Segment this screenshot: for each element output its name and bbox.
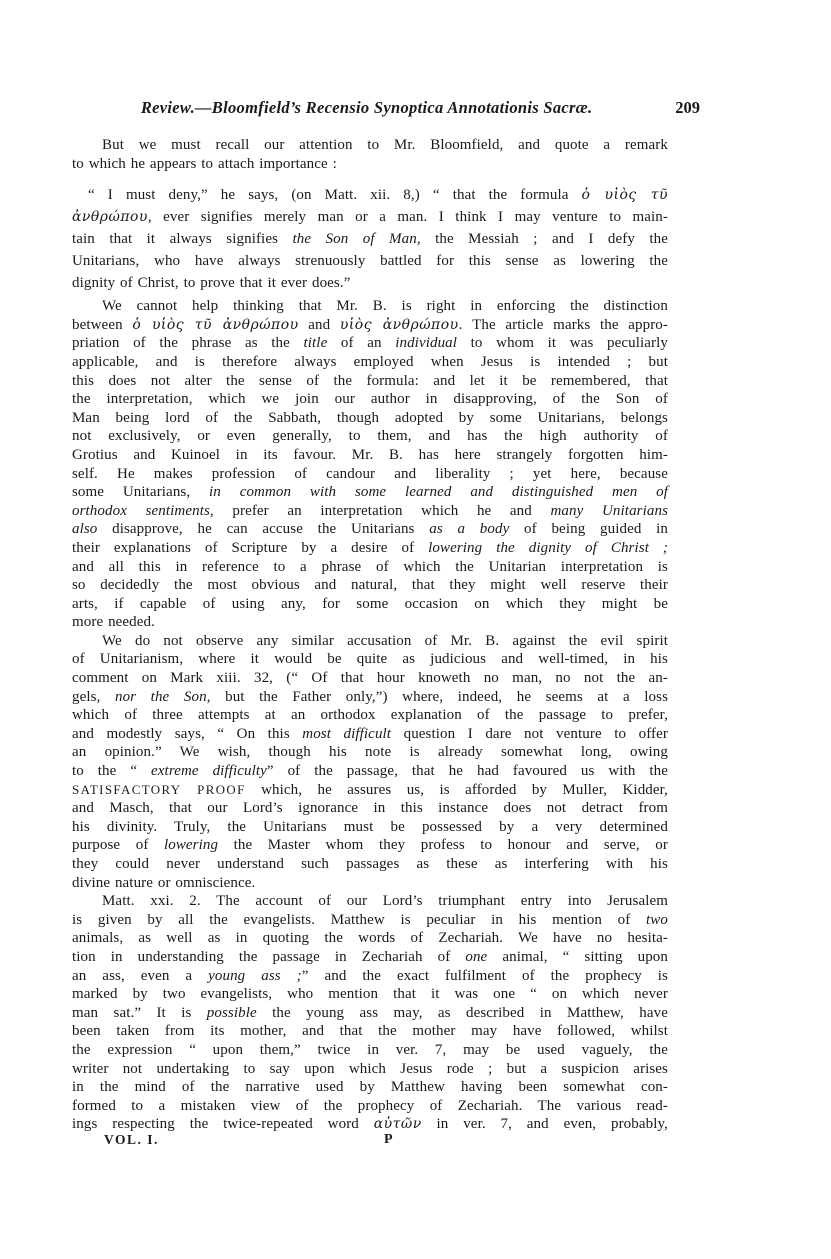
page-number: 209	[675, 98, 700, 118]
text-line: Unitarians, who have always strenuously …	[72, 250, 668, 272]
body-text: so decidedly the most obvious and natura…	[72, 577, 668, 593]
text-line: orthodox sentiments, prefer an interpret…	[72, 502, 668, 521]
body-text: , but the Father only,”) where, indeed, …	[207, 689, 668, 705]
emphasis-text: title	[304, 335, 328, 351]
emphasis-text: young ass ;	[208, 968, 302, 984]
body-text: But we must recall our attention to Mr. …	[102, 137, 668, 153]
running-head-title: Review.—Bloomfield’s Recensio Synoptica …	[72, 98, 661, 118]
body-text: the interpretation, which we join our au…	[72, 391, 668, 407]
text-line: their explanations of Scripture by a des…	[72, 539, 668, 558]
body-text: to the “	[72, 763, 151, 779]
body-text: the expression “ upon them,” twice in ve…	[72, 1042, 668, 1058]
emphasis-text: two	[646, 912, 668, 928]
article-body: But we must recall our attention to Mr. …	[72, 136, 668, 1134]
body-text: an opinion.” We wish, though his note is…	[72, 744, 668, 760]
body-text: We do not observe any similar accusation…	[102, 633, 668, 649]
emphasis-text: orthodox sentiments	[72, 503, 210, 519]
text-line: between ὁ υἱὸς τῦ ἀνθρώπου and υἱὸς ἀνθρ…	[72, 316, 668, 335]
text-line: comment on Mark xiii. 32, (“ Of that hou…	[72, 669, 668, 688]
emphasis-text: the Son of Man	[292, 231, 416, 247]
text-line: been taken from its mother, and that the…	[72, 1022, 668, 1041]
page-footer: VOL. I. P	[72, 1132, 668, 1154]
body-text: the young ass may, as described in Matth…	[257, 1005, 668, 1021]
text-line: We do not observe any similar accusation…	[72, 632, 668, 651]
body-text: and	[299, 317, 340, 333]
body-text: arts, if capable of using any, for some …	[72, 596, 668, 612]
text-line: formed to a mistaken view of the prophec…	[72, 1097, 668, 1116]
emphasis-text: most difficult	[302, 726, 391, 742]
body-text: disapprove, he can accuse the Unitarians	[97, 521, 429, 537]
text-line: and Masch, that our Lord’s ignorance in …	[72, 799, 668, 818]
paragraph: We cannot help thinking that Mr. B. is r…	[72, 297, 668, 632]
body-text: which of three attempts at an orthodox e…	[72, 707, 668, 723]
text-line: the interpretation, which we join our au…	[72, 390, 668, 409]
body-text: formed to a mistaken view of the prophec…	[72, 1098, 668, 1114]
text-line: applicable, and is therefore always empl…	[72, 353, 668, 372]
paragraph: Matt. xxi. 2. The account of our Lord’s …	[72, 892, 668, 1134]
body-text: and Masch, that our Lord’s ignorance in …	[72, 800, 668, 816]
body-text: more needed.	[72, 614, 155, 630]
body-text: marked by two evangelists, who mention t…	[72, 986, 668, 1002]
text-line: of Unitarianism, where it would be quite…	[72, 650, 668, 669]
running-head: Review.—Bloomfield’s Recensio Synoptica …	[72, 98, 700, 118]
text-line: to which he appears to attach importance…	[72, 155, 668, 174]
text-line: tain that it always signifies the Son of…	[72, 228, 668, 250]
body-text: Unitarians, who have always strenuously …	[72, 253, 668, 269]
body-text: self. He makes profession of candour and…	[72, 466, 668, 482]
text-line: priation of the phrase as the title of a…	[72, 334, 668, 353]
body-text: some Unitarians,	[72, 484, 209, 500]
emphasis-text: nor the Son	[115, 689, 207, 705]
text-line: the expression “ upon them,” twice in ve…	[72, 1041, 668, 1060]
emphasis-text: possible	[207, 1005, 257, 1021]
emphasis-text: extreme difficulty	[151, 763, 267, 779]
text-line: and modestly says, “ On this most diffic…	[72, 725, 668, 744]
body-text: tain that it always signifies	[72, 231, 292, 247]
small-caps-text: SATISFACTORY PROOF	[72, 783, 246, 797]
text-line: We cannot help thinking that Mr. B. is r…	[72, 297, 668, 316]
body-text: man sat.” It is	[72, 1005, 207, 1021]
body-text: the Master whom they profess to honour a…	[218, 837, 668, 853]
text-line: Man being lord of the Sabbath, though ad…	[72, 409, 668, 428]
body-text: ings respecting the twice-repeated word	[72, 1116, 374, 1132]
text-line: tion in understanding the passage in Zec…	[72, 948, 668, 967]
text-line: an opinion.” We wish, though his note is…	[72, 743, 668, 762]
text-line: an ass, even a young ass ;” and the exac…	[72, 967, 668, 986]
body-text: Man being lord of the Sabbath, though ad…	[72, 410, 668, 426]
body-text: animals, as well as in quoting the words…	[72, 930, 668, 946]
body-text: in ver. 7, and even, probably,	[422, 1116, 668, 1132]
body-text: of Unitarianism, where it would be quite…	[72, 651, 668, 667]
text-line: his divinity. Truly, the Unitarians must…	[72, 818, 668, 837]
body-text: in the mind of the narrative used by Mat…	[72, 1079, 668, 1095]
body-text: We cannot help thinking that Mr. B. is r…	[102, 298, 668, 314]
quote-block: “ I must deny,” he says, (on Matt. xii. …	[72, 184, 668, 294]
body-text: ” and the exact fulfilment of the prophe…	[302, 968, 668, 984]
text-line: arts, if capable of using any, for some …	[72, 595, 668, 614]
text-line: dignity of Christ, to prove that it ever…	[72, 272, 668, 294]
text-line: animals, as well as in quoting the words…	[72, 929, 668, 948]
body-text: ” of the passage, that he had favoured u…	[267, 763, 668, 779]
body-text: of an	[327, 335, 395, 351]
body-text: their explanations of Scripture by a des…	[72, 540, 428, 556]
body-text: . The article marks the appro-	[459, 317, 668, 333]
emphasis-text: one	[465, 949, 487, 965]
body-text: between	[72, 317, 132, 333]
scanned-book-page: Review.—Bloomfield’s Recensio Synoptica …	[0, 0, 831, 1259]
emphasis-text: lowering the dignity of Christ ;	[428, 540, 668, 556]
text-line: not exclusively, or even generally, to t…	[72, 427, 668, 446]
greek-phrase: υἱὸς ἀνθρώπου	[340, 317, 459, 333]
greek-phrase: ὁ υἱὸς τῦ ἀνθρώπου	[132, 317, 298, 333]
body-text: his divinity. Truly, the Unitarians must…	[72, 819, 668, 835]
text-line: some Unitarians, in common with some lea…	[72, 483, 668, 502]
greek-phrase: ἀνθρώπου	[72, 209, 148, 225]
text-line: to the “ extreme difficulty” of the pass…	[72, 762, 668, 781]
text-line: writer not undertaking to say upon which…	[72, 1060, 668, 1079]
text-line: SATISFACTORY PROOF which, he assures us,…	[72, 781, 668, 800]
body-text: dignity of Christ, to prove that it ever…	[72, 275, 350, 291]
text-line: self. He makes profession of candour and…	[72, 465, 668, 484]
emphasis-text: in common with some learned and distingu…	[209, 484, 668, 500]
greek-phrase: ὁ υἱὸς τῦ	[582, 187, 668, 203]
text-line: purpose of lowering the Master whom they…	[72, 836, 668, 855]
body-text: and modestly says, “ On this	[72, 726, 302, 742]
emphasis-text: many Unitarians	[551, 503, 669, 519]
text-line: Grotius and Kuinoel in its favour. Mr. B…	[72, 446, 668, 465]
greek-phrase: αὐτῶν	[374, 1116, 422, 1132]
text-line: divine nature or omniscience.	[72, 874, 668, 893]
body-text: animal, “ sitting upon	[487, 949, 668, 965]
paragraph: We do not observe any similar accusation…	[72, 632, 668, 892]
text-line: also disapprove, he can accuse the Unita…	[72, 520, 668, 539]
body-text: to whom it was peculiarly	[457, 335, 668, 351]
body-text: writer not undertaking to say upon which…	[72, 1061, 668, 1077]
body-text: is given by all the evangelists. Matthew…	[72, 912, 646, 928]
emphasis-text: also	[72, 521, 97, 537]
body-text: , ever signifies merely man or a man. I …	[148, 209, 668, 225]
text-line: in the mind of the narrative used by Mat…	[72, 1078, 668, 1097]
body-text: applicable, and is therefore always empl…	[72, 354, 668, 370]
emphasis-text: lowering	[164, 837, 218, 853]
body-text: , the Messiah ; and I defy the	[417, 231, 668, 247]
body-text: they could never understand such passage…	[72, 856, 668, 872]
body-text: purpose of	[72, 837, 164, 853]
body-text: Matt. xxi. 2. The account of our Lord’s …	[102, 893, 668, 909]
text-line: ἀνθρώπου, ever signifies merely man or a…	[72, 206, 668, 228]
text-line: more needed.	[72, 613, 668, 632]
text-line: But we must recall our attention to Mr. …	[72, 136, 668, 155]
text-line: man sat.” It is possible the young ass m…	[72, 1004, 668, 1023]
paragraph: But we must recall our attention to Mr. …	[72, 136, 668, 173]
volume-label: VOL. I.	[104, 1132, 159, 1148]
body-text: to which he appears to attach importance…	[72, 156, 337, 172]
body-text: divine nature or omniscience.	[72, 875, 255, 891]
text-line: so decidedly the most obvious and natura…	[72, 576, 668, 595]
text-line: marked by two evangelists, who mention t…	[72, 985, 668, 1004]
text-line: which of three attempts at an orthodox e…	[72, 706, 668, 725]
body-text: priation of the phrase as the	[72, 335, 304, 351]
text-line: this does not alter the sense of the for…	[72, 372, 668, 391]
text-line: gels, nor the Son, but the Father only,”…	[72, 688, 668, 707]
text-line: and all this in reference to a phrase of…	[72, 558, 668, 577]
body-text: been taken from its mother, and that the…	[72, 1023, 668, 1039]
body-text: and all this in reference to a phrase of…	[72, 559, 668, 575]
text-line: “ I must deny,” he says, (on Matt. xii. …	[72, 184, 668, 206]
body-text: question I dare not venture to offer	[391, 726, 668, 742]
body-text: tion in understanding the passage in Zec…	[72, 949, 465, 965]
emphasis-text: individual	[395, 335, 457, 351]
body-text: this does not alter the sense of the for…	[72, 373, 668, 389]
body-text: “ I must deny,” he says, (on Matt. xii. …	[88, 187, 582, 203]
body-text: of being guided in	[509, 521, 668, 537]
body-text: Grotius and Kuinoel in its favour. Mr. B…	[72, 447, 668, 463]
body-text: comment on Mark xiii. 32, (“ Of that hou…	[72, 670, 668, 686]
text-line: Matt. xxi. 2. The account of our Lord’s …	[72, 892, 668, 911]
body-text: , prefer an interpretation which he and	[210, 503, 551, 519]
text-line: is given by all the evangelists. Matthew…	[72, 911, 668, 930]
emphasis-text: as a body	[429, 521, 509, 537]
text-line: they could never understand such passage…	[72, 855, 668, 874]
signature-mark: P	[384, 1132, 393, 1148]
body-text: an ass, even a	[72, 968, 208, 984]
body-text: not exclusively, or even generally, to t…	[72, 428, 668, 444]
body-text: which, he assures us, is afforded by Mul…	[246, 782, 668, 798]
body-text: gels,	[72, 689, 115, 705]
